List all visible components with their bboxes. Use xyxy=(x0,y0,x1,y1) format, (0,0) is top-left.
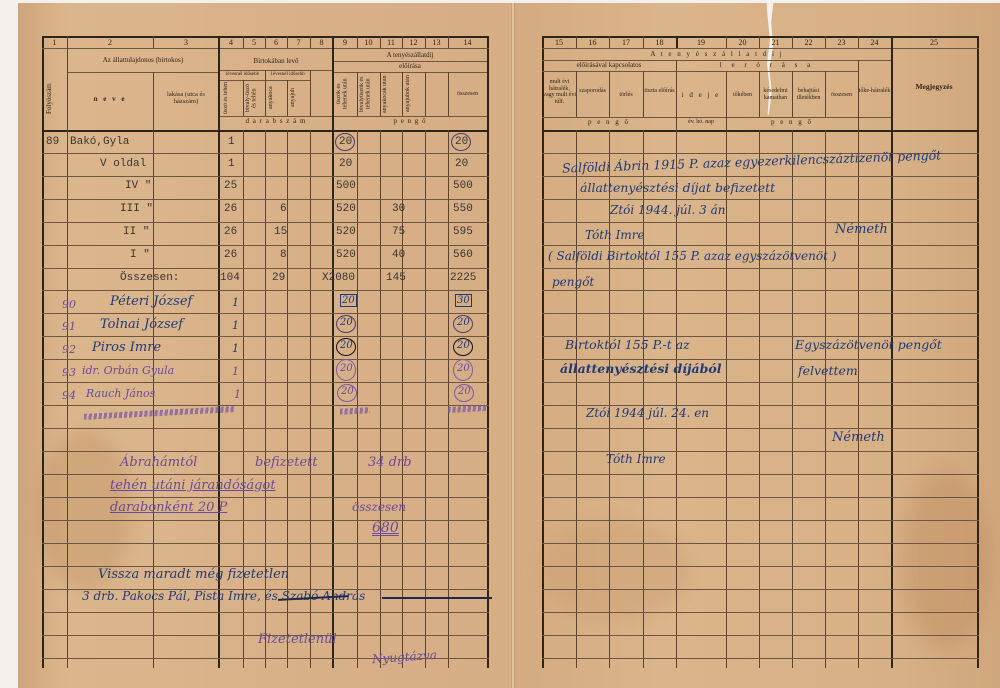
hw-col4: 1 xyxy=(232,365,239,378)
signature: Fizetetlenül xyxy=(258,632,337,647)
hw-name: Tolnai József xyxy=(100,317,183,332)
header-col15: mult évi hátralék, vagy mult évi túlf. xyxy=(543,79,576,105)
header-fee-sub: előírása xyxy=(333,63,487,71)
note-text: tehén utáni járandóságot xyxy=(110,478,276,493)
column-number: 23 xyxy=(825,38,858,47)
row-total-label: Összesen: xyxy=(120,272,179,284)
column-number: 12 xyxy=(402,38,425,47)
note-text: Ztói 1944. júl. 3 án xyxy=(610,203,725,217)
hw-serial: 91 xyxy=(62,320,76,333)
header-money-unit2: p e n g ő xyxy=(726,119,858,127)
note-text: darabonként 20 P xyxy=(110,500,227,515)
column-number: 5 xyxy=(243,38,265,47)
note-text: állattenyésztési díjat befizetett xyxy=(580,180,775,195)
column-number: 7 xyxy=(287,38,310,47)
column-number: 8 xyxy=(310,38,333,47)
column-number: 25 xyxy=(891,38,977,47)
column-number: 18 xyxy=(643,38,676,47)
column-number: 24 xyxy=(858,38,891,47)
row-col6: 6 xyxy=(280,203,287,215)
signature: Tóth Imre xyxy=(606,452,666,466)
hw-name: Piros Imre xyxy=(92,340,161,355)
header-col22: behajtási illetékben xyxy=(792,88,825,101)
column-number: 13 xyxy=(425,38,448,47)
header-col14: összesen xyxy=(448,91,487,98)
note-sum-label: összesen xyxy=(352,500,406,514)
row-col6: 15 xyxy=(274,226,287,238)
header-col6: anyakoca xyxy=(268,82,286,114)
header-name: n e v e xyxy=(67,96,153,104)
column-number: 6 xyxy=(265,38,287,47)
header-money-unit: p e n g ő xyxy=(333,118,487,126)
header-col18: tiszta előírás xyxy=(643,88,676,95)
circle-mark xyxy=(335,133,355,151)
header-col23: összesen xyxy=(825,92,858,99)
header-col16: szaporodás xyxy=(576,88,609,95)
row-col14: 20 xyxy=(455,158,468,170)
column-number: 10 xyxy=(357,38,380,47)
column-number: 14 xyxy=(448,38,487,47)
strike-line xyxy=(382,597,492,599)
circle-mark xyxy=(336,359,356,381)
row-col11: 40 xyxy=(392,249,405,261)
column-number: 1 xyxy=(42,38,67,47)
circle-mark xyxy=(454,384,474,402)
header-col19: i d e j e xyxy=(676,92,726,100)
column-number: 16 xyxy=(576,38,609,47)
row-col4: 26 xyxy=(224,203,237,215)
row-col4: 1 xyxy=(228,158,235,170)
header-address: lakása (utca és házszám) xyxy=(158,91,214,105)
circle-mark xyxy=(451,133,471,151)
note-text: felvettem xyxy=(798,363,858,378)
header-col7: anyajuh xyxy=(290,82,308,114)
row-col9: 520 xyxy=(336,226,356,238)
circle-mark xyxy=(337,384,357,402)
header-col25: Megjegyzés xyxy=(891,83,977,91)
row-col6: 29 xyxy=(272,272,285,284)
row-col14: 500 xyxy=(453,180,473,192)
header-date-unit: év. hó. nap xyxy=(676,119,726,126)
column-number: 17 xyxy=(609,38,643,47)
circle-mark xyxy=(453,338,473,356)
signature: Tóth Imre xyxy=(585,228,645,242)
signature: Németh xyxy=(835,222,888,237)
header-count-unit: d a r a b s z á m xyxy=(219,118,333,126)
hw-serial: 93 xyxy=(62,366,76,379)
note-text: Birtoktól 155 P.-t az xyxy=(565,337,690,352)
row-name: Bakó,Gyla xyxy=(70,136,129,148)
row-col9: 520 xyxy=(336,249,356,261)
row-col6: 8 xyxy=(280,249,287,261)
column-number: 2 xyxy=(67,38,153,47)
note-text: Egyszázötvenöt pengőt xyxy=(795,337,942,352)
note-text: Ábrahámtól xyxy=(120,455,197,470)
column-number: 19 xyxy=(676,38,726,47)
circle-mark xyxy=(453,359,473,381)
row-col14: 550 xyxy=(453,203,473,215)
note-text: befizetett xyxy=(255,455,318,470)
header-col24: tőke-hátralék xyxy=(858,88,891,95)
row-col4: 26 xyxy=(224,249,237,261)
hw-col9: 20 xyxy=(340,294,357,307)
circle-mark xyxy=(336,338,356,356)
row-col9: 20 xyxy=(339,158,352,170)
column-number: 21 xyxy=(759,38,792,47)
row-col4: 26 xyxy=(224,226,237,238)
note-text: ( Salföldi Birtoktól 155 P. azaz egyszáz… xyxy=(548,249,836,263)
header-payment-group: l e r ó r á s a xyxy=(676,62,858,70)
header-col12: anyajuhok után xyxy=(405,74,423,114)
row-col14: 560 xyxy=(453,249,473,261)
header-older-1: 1évesnél idősebb xyxy=(219,72,265,78)
column-number: 4 xyxy=(219,38,243,47)
hw-col4: 1 xyxy=(232,319,239,332)
row-name: III " xyxy=(120,203,153,215)
note-text: pengőt xyxy=(552,275,594,289)
hw-col14: 30 xyxy=(455,294,472,307)
hw-name: idr. Orbán Gyula xyxy=(82,364,174,377)
note-text: Vissza maradt még fizetetlen xyxy=(98,567,289,582)
header-col10: bivalyüszők és tehenek után xyxy=(359,74,379,114)
row-col9: 520 xyxy=(336,203,356,215)
note-text: állattenyésztési díjából xyxy=(560,361,721,376)
column-number: 20 xyxy=(726,38,759,47)
header-col5: bivaly-üsző és tehén xyxy=(245,82,263,114)
header-fee-group: A t e n y é s z á l l a t d í j xyxy=(542,51,892,59)
row-col14: 595 xyxy=(453,226,473,238)
row-name: V oldal xyxy=(100,158,146,170)
row-col11: 30 xyxy=(392,203,405,215)
row-col4: 25 xyxy=(224,180,237,192)
hw-col4: 1 xyxy=(232,342,239,355)
page-fold xyxy=(511,3,515,688)
row-name: IV " xyxy=(125,180,151,192)
row-serial: 89 xyxy=(46,136,59,148)
row-col9: X2080 xyxy=(322,272,355,284)
hw-serial: 90 xyxy=(62,298,76,311)
hw-serial: 94 xyxy=(62,389,76,402)
header-older-2: 1évesnél idősebb xyxy=(265,72,310,78)
note-sum-value: 680 xyxy=(372,520,399,536)
header-possession-group: Birtokában levő xyxy=(219,58,333,66)
header-col20: tőkében xyxy=(726,92,759,99)
row-name: II " xyxy=(123,226,149,238)
hw-col4: 1 xyxy=(234,388,241,401)
row-col14: 2225 xyxy=(450,272,476,284)
signature: Németh xyxy=(832,430,885,445)
note-text: Ztói 1944 júl. 24. en xyxy=(586,406,709,420)
circle-mark xyxy=(336,315,356,333)
hw-col4: 1 xyxy=(232,296,239,309)
header-money-unit: p e n g ő xyxy=(542,119,676,127)
header-col21: késedelmi kamatban xyxy=(759,88,792,101)
hw-name: Rauch János xyxy=(86,387,155,400)
row-col4: 1 xyxy=(228,136,235,148)
paper-stain xyxy=(540,520,690,620)
row-name: I " xyxy=(130,249,150,261)
column-number: 3 xyxy=(153,38,219,47)
header-owner-group: Az állattulajdonos (birtokos) xyxy=(67,57,219,65)
header-prescription-group: előírásával kapcsolatos xyxy=(542,62,676,70)
row-col11: 75 xyxy=(392,226,405,238)
column-number: 22 xyxy=(792,38,825,47)
hw-name: Péteri József xyxy=(110,294,192,309)
row-col4: 104 xyxy=(220,272,240,284)
hw-serial: 92 xyxy=(62,343,76,356)
header-col17: törlés xyxy=(609,92,643,99)
circle-mark xyxy=(453,315,473,333)
header-col11: anyakocák után xyxy=(382,74,400,114)
header-serial: Folyószám xyxy=(46,74,64,124)
column-number: 9 xyxy=(333,38,357,47)
header-col9: üszők és tehenek után xyxy=(336,74,356,114)
row-col9: 500 xyxy=(336,180,356,192)
note-text: 34 drb xyxy=(368,455,412,470)
column-number: 11 xyxy=(380,38,402,47)
column-number: 15 xyxy=(542,38,576,47)
header-fee-group: A tenyészállatdíj xyxy=(333,52,487,60)
row-col11: 145 xyxy=(386,272,406,284)
header-col4: üsző és tehén xyxy=(223,82,241,114)
